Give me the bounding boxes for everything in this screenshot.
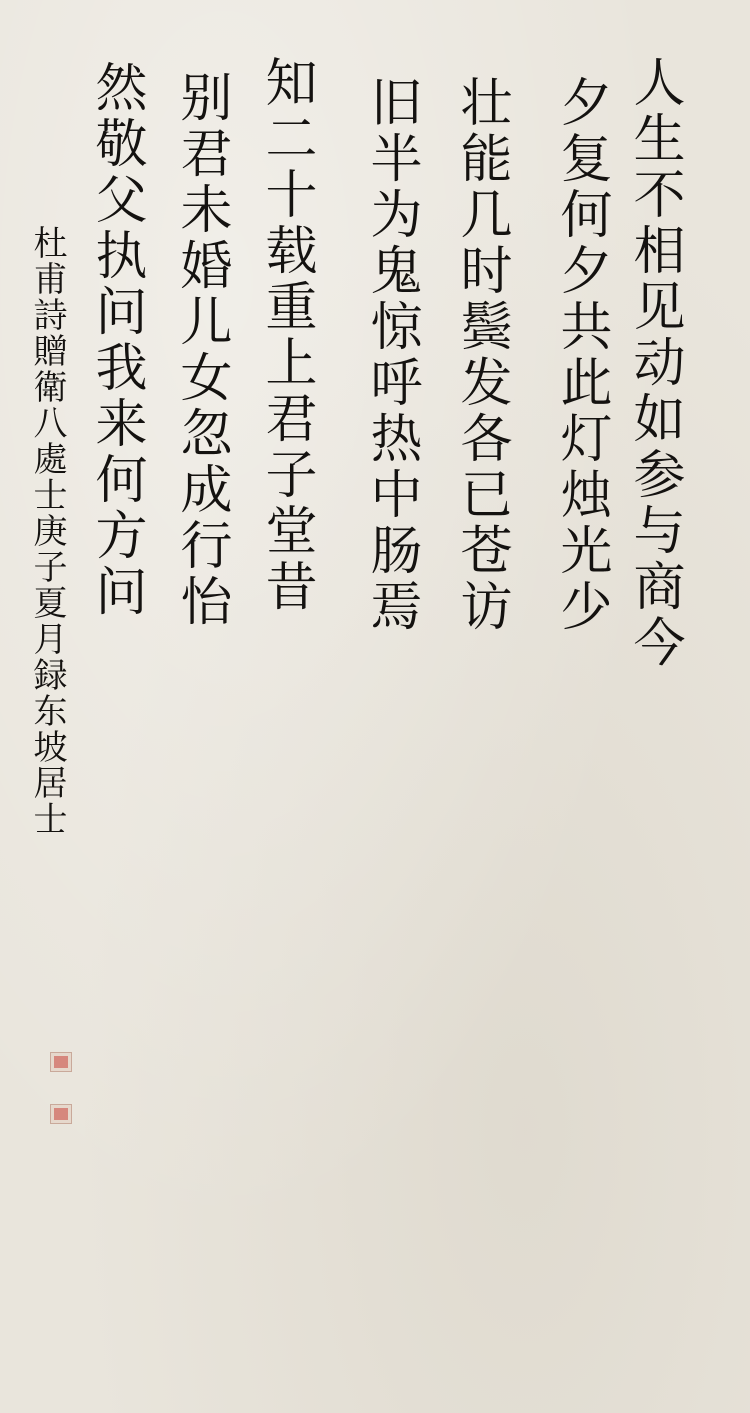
seal-stamp-1 [50,1052,72,1072]
poem-column-5: 知二十载重上君子堂昔 [260,55,312,615]
poem-column-4: 旧半为鬼惊呼热中肠焉 [365,75,417,635]
poem-column-3: 壮能几时鬓发各已苍访 [455,75,507,635]
inscription: 杜甫詩贈衛八處士庚子夏月録东坡居士 [30,225,64,837]
poem-column-2: 夕复何夕共此灯烛光少 [555,75,607,635]
seal-stamp-2 [50,1104,72,1124]
poem-column-6: 别君未婚儿女忽成行怡 [175,70,227,630]
poem-column-1: 人生不相见动如参与商今 [628,55,680,1345]
poem-column-7: 然敬父执问我来何方问 [90,60,142,620]
calligraphy-scroll: 人生不相见动如参与商今 夕复何夕共此灯烛光少 壮能几时鬓发各已苍访 旧半为鬼惊呼… [0,0,750,1413]
